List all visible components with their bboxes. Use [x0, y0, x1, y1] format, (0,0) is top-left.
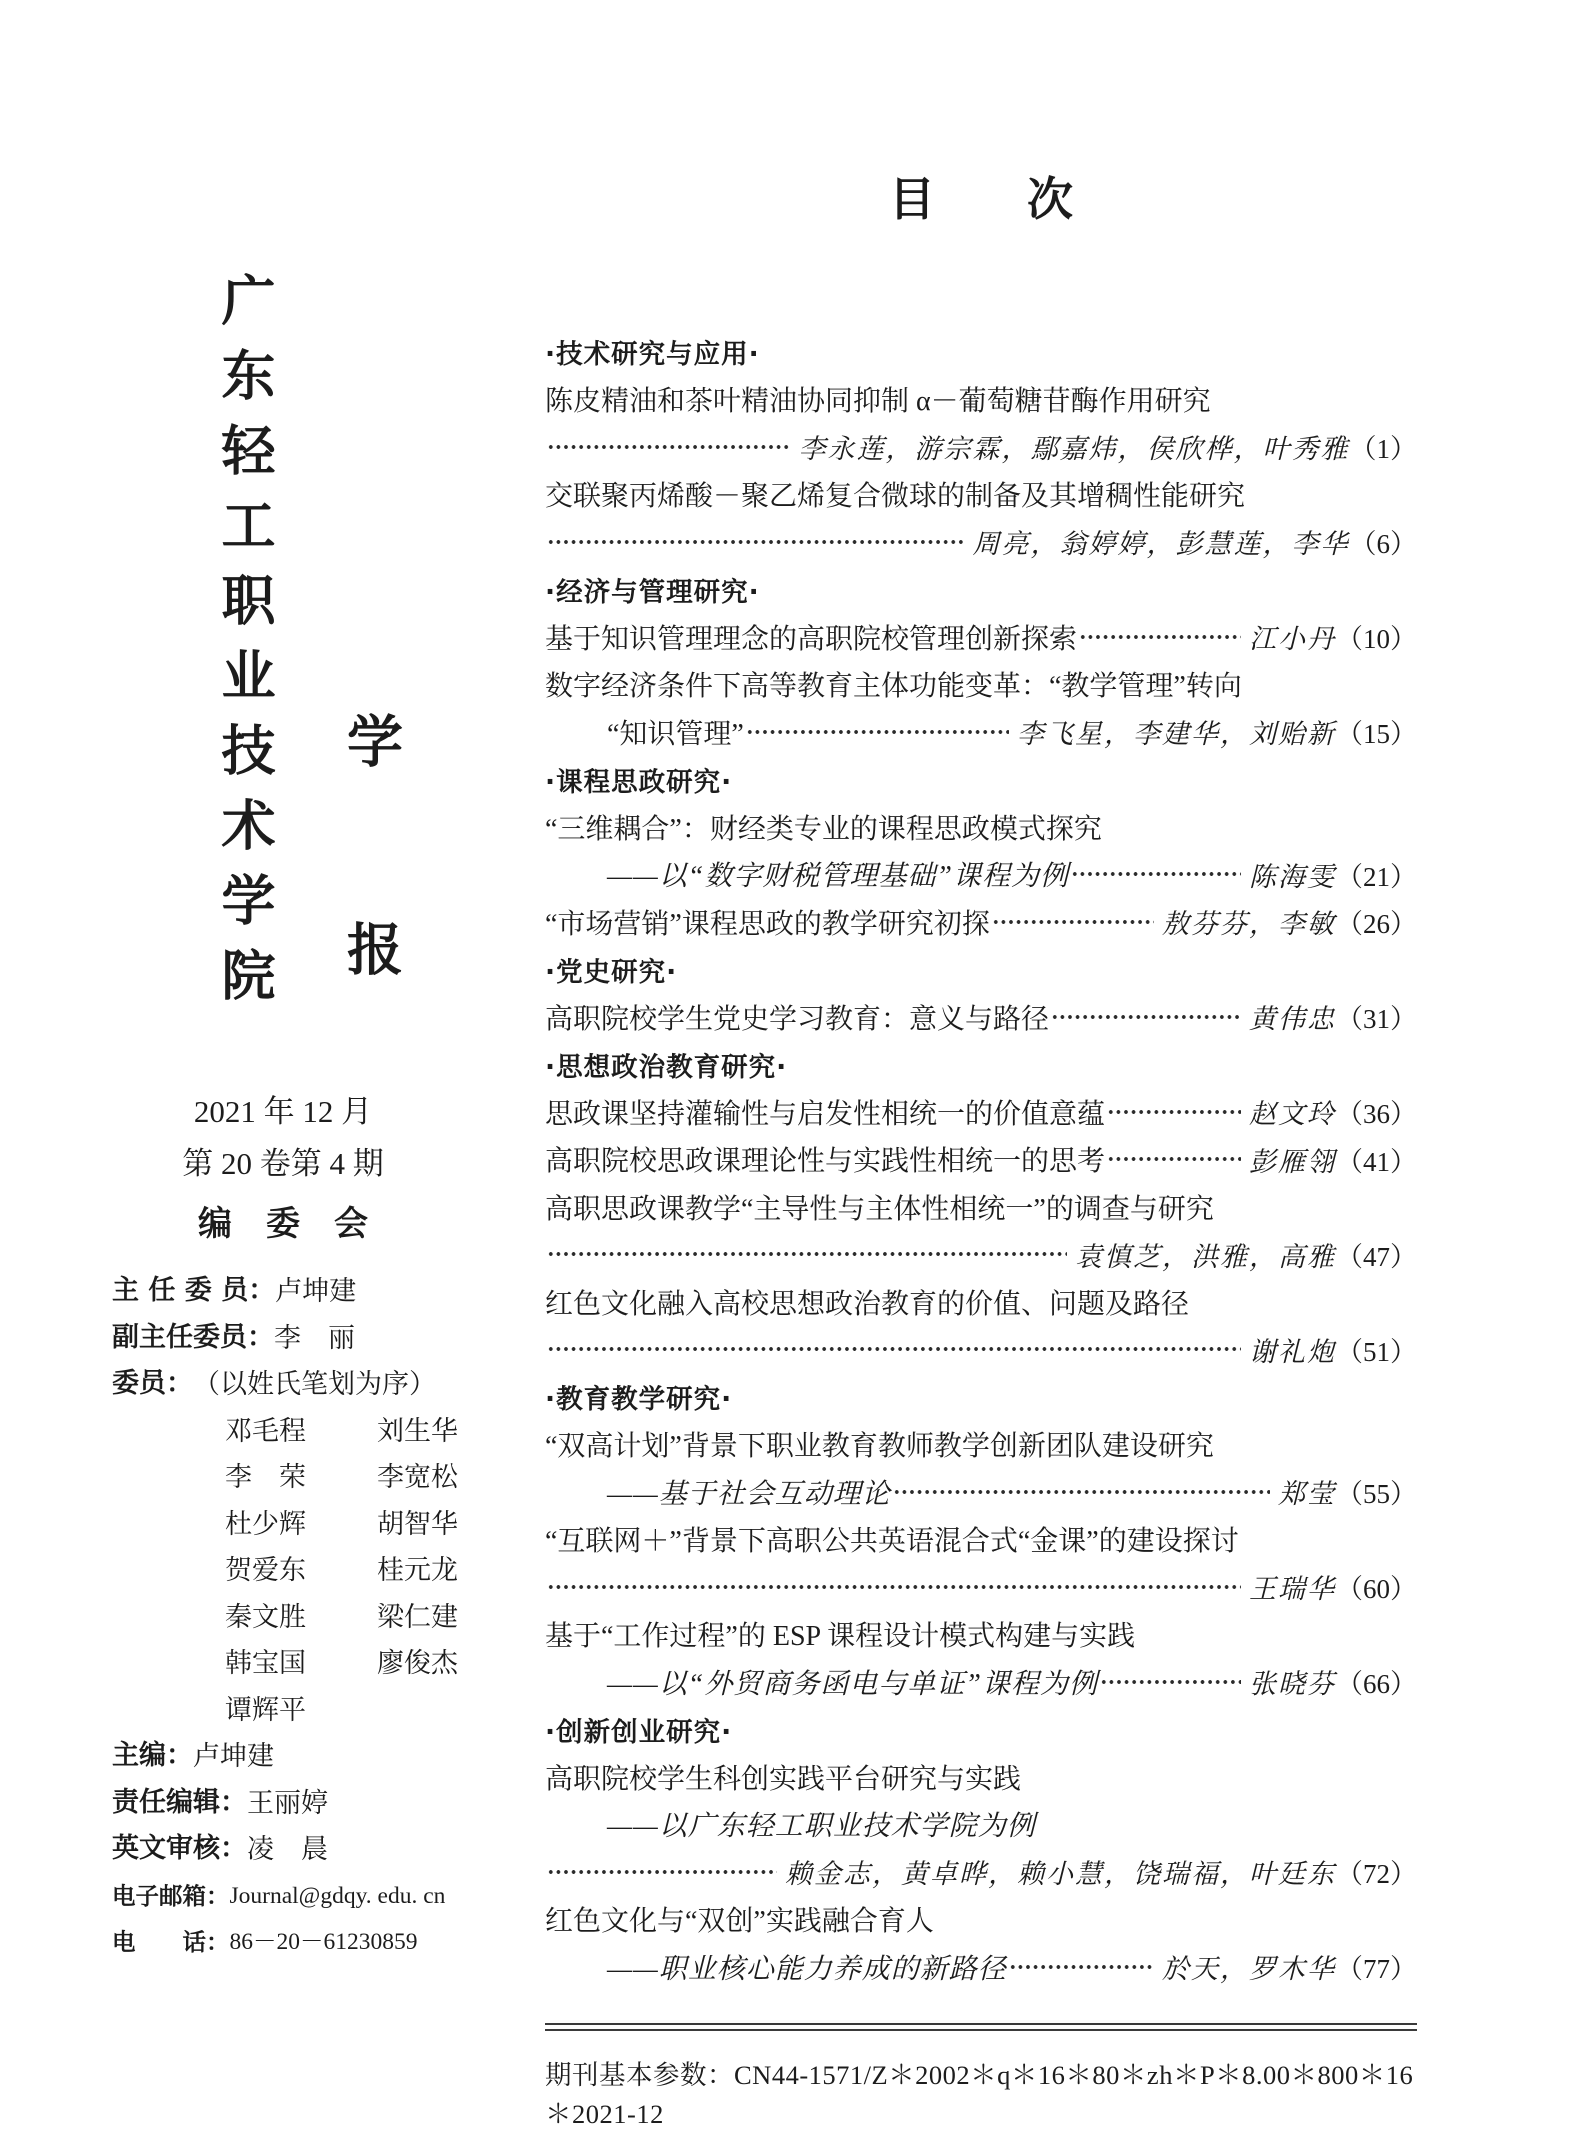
- toc-entry-title-text: 高职院校学生党史学习教育：意义与路径: [545, 997, 1049, 1037]
- toc-entry-title-text: 交联聚丙烯酸－聚乙烯复合微球的制备及其增稠性能研究: [545, 474, 1245, 514]
- toc-entry-authors-line: 谢礼炮（51）: [545, 1326, 1417, 1374]
- toc-entry-authors-line: 李永莲，游宗霖，鄢嘉炜，侯欣桦，叶秀雅（1）: [545, 423, 1417, 471]
- toc-main-column: 目 次 ·技术研究与应用·陈皮精油和茶叶精油协同抑制 α－葡萄糖苷酶作用研究李永…: [545, 168, 1417, 2131]
- journal-subtitle-vertical: 学报: [330, 712, 410, 1128]
- toc-entry-title-text: “三维耦合”：财经类专业的课程思政模式探究: [545, 807, 1102, 847]
- dot-leader: [547, 423, 791, 471]
- committee-member-name: 胡智华: [377, 1501, 458, 1548]
- toc-entry-page: （31）: [1336, 997, 1417, 1036]
- toc-entry-authors: 王瑞华: [1249, 1567, 1336, 1606]
- toc-entry-authors-line: 袁慎芝，洪雅，高雅（47）: [545, 1231, 1417, 1279]
- toc-entry-title-text: “市场营销”课程思政的教学研究初探: [545, 902, 990, 942]
- staff-row: 责任编辑：王丽婷: [112, 1780, 482, 1827]
- footer-double-rule: [545, 2023, 1417, 2031]
- toc-entry-authors: 彭雁翎: [1249, 1140, 1336, 1179]
- editorial-board-row: 副主任委员：李 丽: [112, 1315, 482, 1362]
- toc-section-label: ·创新创业研究·: [545, 1710, 732, 1749]
- toc-entry-title-text: 基于“工作过程”的 ESP 课程设计模式构建与实践: [545, 1614, 1135, 1654]
- toc-entry-title-text: 思政课坚持灌输性与启发性相统一的价值意蕴: [545, 1092, 1105, 1132]
- committee-member-row: 李 荣李宽松: [112, 1454, 482, 1501]
- toc-entry-subtitle: ——以广东轻工职业技术学院为例: [545, 1801, 1417, 1849]
- dot-leader: [992, 898, 1154, 946]
- toc-section-header: ·技术研究与应用·: [545, 328, 1417, 376]
- toc-section-label: ·技术研究与应用·: [545, 332, 760, 371]
- toc-section-label: ·教育教学研究·: [545, 1377, 732, 1416]
- toc-entry-page: （60）: [1336, 1567, 1417, 1606]
- committee-member-row: 贺爱东桂元龙: [112, 1547, 482, 1594]
- dot-leader: [547, 518, 965, 566]
- toc-entry-title: 陈皮精油和茶叶精油协同抑制 α－葡萄糖苷酶作用研究: [545, 376, 1417, 424]
- toc-entry-title-text: 高职思政课教学“主导性与主体性相统一”的调查与研究: [545, 1187, 1214, 1227]
- issue-info: 2021 年 12 月 第 20 卷第 4 期: [108, 1086, 458, 1190]
- committee-member-row: 谭辉平: [112, 1687, 482, 1734]
- toc-entry-title: 数字经济条件下高等教育主体功能变革：“教学管理”转向: [545, 661, 1417, 709]
- toc-entry: 高职院校学生党史学习教育：意义与路径黄伟忠（31）: [545, 993, 1417, 1041]
- dot-leader: [547, 1848, 777, 1896]
- committee-member-name: 梁仁建: [377, 1594, 458, 1641]
- toc-entry-page: （6）: [1350, 522, 1418, 561]
- staff-role-label: 电 话：: [112, 1919, 230, 1966]
- toc-entry-title: 红色文化与“双创”实践融合育人: [545, 1896, 1417, 1944]
- toc-entry-page: （66）: [1336, 1662, 1417, 1701]
- staff-role-value: 王丽婷: [247, 1780, 328, 1827]
- dot-leader: [1009, 1943, 1154, 1991]
- editorial-board-row: 主 任 委 员：卢坤建: [112, 1268, 482, 1315]
- committee-member-row: 杜少辉胡智华: [112, 1501, 482, 1548]
- toc-entry-title: 高职思政课教学“主导性与主体性相统一”的调查与研究: [545, 1183, 1417, 1231]
- toc-entry-authors-line: 周亮，翁婷婷，彭慧莲，李华（6）: [545, 518, 1417, 566]
- toc-entry-subtitle: ——职业核心能力养成的新路径於天，罗木华（77）: [545, 1943, 1417, 1991]
- toc-entry-page: （21）: [1336, 855, 1417, 894]
- toc-entry-authors: 周亮，翁婷婷，彭慧莲，李华: [973, 522, 1350, 561]
- staff-row: 主编：卢坤建: [112, 1733, 482, 1780]
- toc-entry-title-text: 高职院校学生科创实践平台研究与实践: [545, 1757, 1021, 1797]
- staff-role-label: 电子邮箱：: [112, 1873, 230, 1920]
- editorial-role-label: 副主任委员：: [112, 1315, 274, 1362]
- toc-entry-page: （26）: [1336, 902, 1417, 941]
- toc-entry-authors: 於天，罗木华: [1162, 1947, 1336, 1986]
- toc-entry-title: 红色文化融入高校思想政治教育的价值、问题及路径: [545, 1278, 1417, 1326]
- toc-entry-authors-line: 王瑞华（60）: [545, 1563, 1417, 1611]
- toc-entry-authors: 陈海雯: [1249, 855, 1336, 894]
- editorial-board-heading: 编 委 会: [108, 1196, 458, 1245]
- dot-leader: [547, 1326, 1241, 1374]
- toc-entry-subtitle-text: ——基于社会互动理论: [545, 1472, 891, 1512]
- toc-entry-title-text: “双高计划”背景下职业教育教师教学创新团队建设研究: [545, 1424, 1214, 1464]
- dot-leader: [547, 1563, 1241, 1611]
- toc-entry-page: （51）: [1336, 1330, 1417, 1369]
- toc-entry-page: （41）: [1336, 1140, 1417, 1179]
- toc-entry-subtitle-text: ——以“外贸商务函电与单证”课程为例: [545, 1662, 1098, 1702]
- toc-entry-authors: 郑莹: [1278, 1472, 1336, 1511]
- toc-entry-page: （15）: [1336, 712, 1417, 751]
- toc-entry: “市场营销”课程思政的教学研究初探敖芬芬，李敏（26）: [545, 898, 1417, 946]
- toc-entry-title-text: “互联网＋”背景下高职公共英语混合式“金课”的建设探讨: [545, 1519, 1239, 1559]
- toc-section-header: ·思想政治教育研究·: [545, 1041, 1417, 1089]
- committee-member-name: 邓毛程: [225, 1408, 377, 1455]
- toc-entry-page: （36）: [1336, 1092, 1417, 1131]
- toc-entry-title-text: 陈皮精油和茶叶精油协同抑制 α－葡萄糖苷酶作用研究: [545, 379, 1211, 419]
- toc-section-header: ·创新创业研究·: [545, 1706, 1417, 1754]
- staff-role-value: 86－20－61230859: [230, 1919, 418, 1966]
- toc-entry-title: “三维耦合”：财经类专业的课程思政模式探究: [545, 803, 1417, 851]
- toc-section-label: ·思想政治教育研究·: [545, 1045, 787, 1084]
- toc-entry-title-text: 数字经济条件下高等教育主体功能变革：“教学管理”转向: [545, 664, 1242, 704]
- toc-entry: 基于知识管理理念的高职院校管理创新探索江小丹（10）: [545, 613, 1417, 661]
- toc-section-label: ·经济与管理研究·: [545, 570, 760, 609]
- toc-entry-title-text: 红色文化融入高校思想政治教育的价值、问题及路径: [545, 1282, 1189, 1322]
- committee-member-row: 邓毛程刘生华: [112, 1408, 482, 1455]
- editorial-board-row: 委员：（以姓氏笔划为序）: [112, 1361, 482, 1408]
- journal-params-line: 期刊基本参数：CN44-1571/Z＊2002＊q＊16＊80＊zh＊P＊8.0…: [545, 2053, 1417, 2131]
- issue-date: 2021 年 12 月: [108, 1086, 458, 1138]
- dot-leader: [1051, 993, 1241, 1041]
- toc-entry-authors-line: 赖金志，黄卓晔，赖小慧，饶瑞福，叶廷东（72）: [545, 1848, 1417, 1896]
- editorial-role-value: 李 丽: [274, 1315, 355, 1362]
- committee-member-name: 廖俊杰: [377, 1640, 458, 1687]
- issue-volume: 第 20 卷第 4 期: [108, 1138, 458, 1190]
- toc-entry-title: 高职院校学生科创实践平台研究与实践: [545, 1753, 1417, 1801]
- staff-role-value: Journal@gdqy. edu. cn: [230, 1873, 446, 1920]
- toc-entry-subtitle-text: ——职业核心能力养成的新路径: [545, 1947, 1007, 1987]
- staff-role-value: 凌 晨: [247, 1826, 328, 1873]
- toc-section-header: ·教育教学研究·: [545, 1373, 1417, 1421]
- dot-leader: [746, 708, 1009, 756]
- toc-entry-page: （55）: [1336, 1472, 1417, 1511]
- journal-toc-page: 广东轻工职业技术学院 学报 2021 年 12 月 第 20 卷第 4 期 编 …: [0, 0, 1587, 2154]
- committee-member-name: 韩宝国: [225, 1640, 377, 1687]
- dot-leader: [1079, 613, 1241, 661]
- toc-entry: 思政课坚持灌输性与启发性相统一的价值意蕴赵文玲（36）: [545, 1088, 1417, 1136]
- committee-member-name: 秦文胜: [225, 1594, 377, 1641]
- toc-entry-title-text: 高职院校思政课理论性与实践性相统一的思考: [545, 1139, 1105, 1179]
- dot-leader: [1100, 1658, 1241, 1706]
- dot-leader: [547, 1231, 1067, 1279]
- toc-entry-authors: 赖金志，黄卓晔，赖小慧，饶瑞福，叶廷东: [785, 1852, 1336, 1891]
- staff-role-value: 卢坤建: [193, 1733, 274, 1780]
- toc-entry-page: （47）: [1336, 1235, 1417, 1274]
- toc-entry-authors: 敖芬芬，李敏: [1162, 902, 1336, 941]
- staff-role-label: 主编：: [112, 1733, 193, 1780]
- dot-leader: [1107, 1136, 1241, 1184]
- committee-member-name: 李宽松: [377, 1454, 458, 1501]
- editorial-role-label: 主 任 委 员：: [112, 1268, 275, 1315]
- dot-leader: [1107, 1088, 1241, 1136]
- journal-title-vertical: 广东轻工职业技术学院: [206, 272, 283, 1022]
- dot-leader: [1071, 851, 1241, 899]
- toc-entry-subtitle: ——基于社会互动理论郑莹（55）: [545, 1468, 1417, 1516]
- committee-member-row: 韩宝国廖俊杰: [112, 1640, 482, 1687]
- toc-entry-authors: 赵文玲: [1249, 1092, 1336, 1131]
- toc-entry-title: “双高计划”背景下职业教育教师教学创新团队建设研究: [545, 1421, 1417, 1469]
- toc-entry-title-text: 基于知识管理理念的高职院校管理创新探索: [545, 617, 1077, 657]
- toc-entry: 高职院校思政课理论性与实践性相统一的思考彭雁翎（41）: [545, 1136, 1417, 1184]
- toc-entry-authors: 黄伟忠: [1249, 997, 1336, 1036]
- editorial-role-value: （以姓氏笔划为序）: [193, 1361, 436, 1408]
- toc-entry-page: （1）: [1350, 427, 1418, 466]
- staff-row: 电子邮箱：Journal@gdqy. edu. cn: [112, 1873, 482, 1920]
- toc-entry-title-text: 红色文化与“双创”实践融合育人: [545, 1899, 934, 1939]
- toc-section-header: ·经济与管理研究·: [545, 566, 1417, 614]
- committee-member-name: 杜少辉: [225, 1501, 377, 1548]
- committee-member-name: 谭辉平: [225, 1687, 377, 1734]
- dot-leader: [893, 1468, 1270, 1516]
- toc-entry-page: （77）: [1336, 1947, 1417, 1986]
- toc-entry-title: 基于“工作过程”的 ESP 课程设计模式构建与实践: [545, 1611, 1417, 1659]
- committee-member-name: 刘生华: [377, 1408, 458, 1455]
- toc-entry-title: “互联网＋”背景下高职公共英语混合式“金课”的建设探讨: [545, 1516, 1417, 1564]
- toc-entry-authors: 张晓芬: [1249, 1662, 1336, 1701]
- toc-page-title: 目 次: [545, 168, 1417, 230]
- editorial-board-list: 主 任 委 员：卢坤建副主任委员：李 丽委员：（以姓氏笔划为序）邓毛程刘生华李 …: [112, 1268, 482, 1966]
- committee-member-name: 李 荣: [225, 1454, 377, 1501]
- toc-entry-title: 交联聚丙烯酸－聚乙烯复合微球的制备及其增稠性能研究: [545, 471, 1417, 519]
- toc-entry-authors: 李永莲，游宗霖，鄢嘉炜，侯欣桦，叶秀雅: [799, 427, 1350, 466]
- committee-member-name: 桂元龙: [377, 1547, 458, 1594]
- toc-entry-subtitle-text: ——以广东轻工职业技术学院为例: [545, 1804, 1036, 1844]
- toc-entry-page: （72）: [1336, 1852, 1417, 1891]
- committee-member-name: 贺爱东: [225, 1547, 377, 1594]
- staff-role-label: 责任编辑：: [112, 1780, 247, 1827]
- committee-member-row: 秦文胜梁仁建: [112, 1594, 482, 1641]
- toc-entry-authors: 谢礼炮: [1249, 1330, 1336, 1369]
- staff-row: 电 话：86－20－61230859: [112, 1919, 482, 1966]
- toc-list: ·技术研究与应用·陈皮精油和茶叶精油协同抑制 α－葡萄糖苷酶作用研究李永莲，游宗…: [545, 328, 1417, 1991]
- toc-entry-subtitle-text: ——以“数字财税管理基础”课程为例: [545, 854, 1069, 894]
- toc-entry-continuation-text: “知识管理”: [545, 712, 744, 752]
- toc-entry-continuation: “知识管理”李飞星，李建华，刘贻新（15）: [545, 708, 1417, 756]
- toc-section-header: ·党史研究·: [545, 946, 1417, 994]
- toc-entry-authors: 李飞星，李建华，刘贻新: [1017, 712, 1336, 751]
- editorial-role-label: 委员：: [112, 1361, 193, 1408]
- toc-entry-subtitle: ——以“数字财税管理基础”课程为例陈海雯（21）: [545, 851, 1417, 899]
- toc-entry-subtitle: ——以“外贸商务函电与单证”课程为例张晓芬（66）: [545, 1658, 1417, 1706]
- editorial-role-value: 卢坤建: [275, 1268, 356, 1315]
- toc-entry-authors: 袁慎芝，洪雅，高雅: [1075, 1235, 1336, 1274]
- toc-section-label: ·课程思政研究·: [545, 760, 732, 799]
- toc-entry-authors: 江小丹: [1249, 617, 1336, 656]
- toc-section-header: ·课程思政研究·: [545, 756, 1417, 804]
- toc-section-label: ·党史研究·: [545, 950, 677, 989]
- staff-row: 英文审核：凌 晨: [112, 1826, 482, 1873]
- staff-role-label: 英文审核：: [112, 1826, 247, 1873]
- toc-entry-page: （10）: [1336, 617, 1417, 656]
